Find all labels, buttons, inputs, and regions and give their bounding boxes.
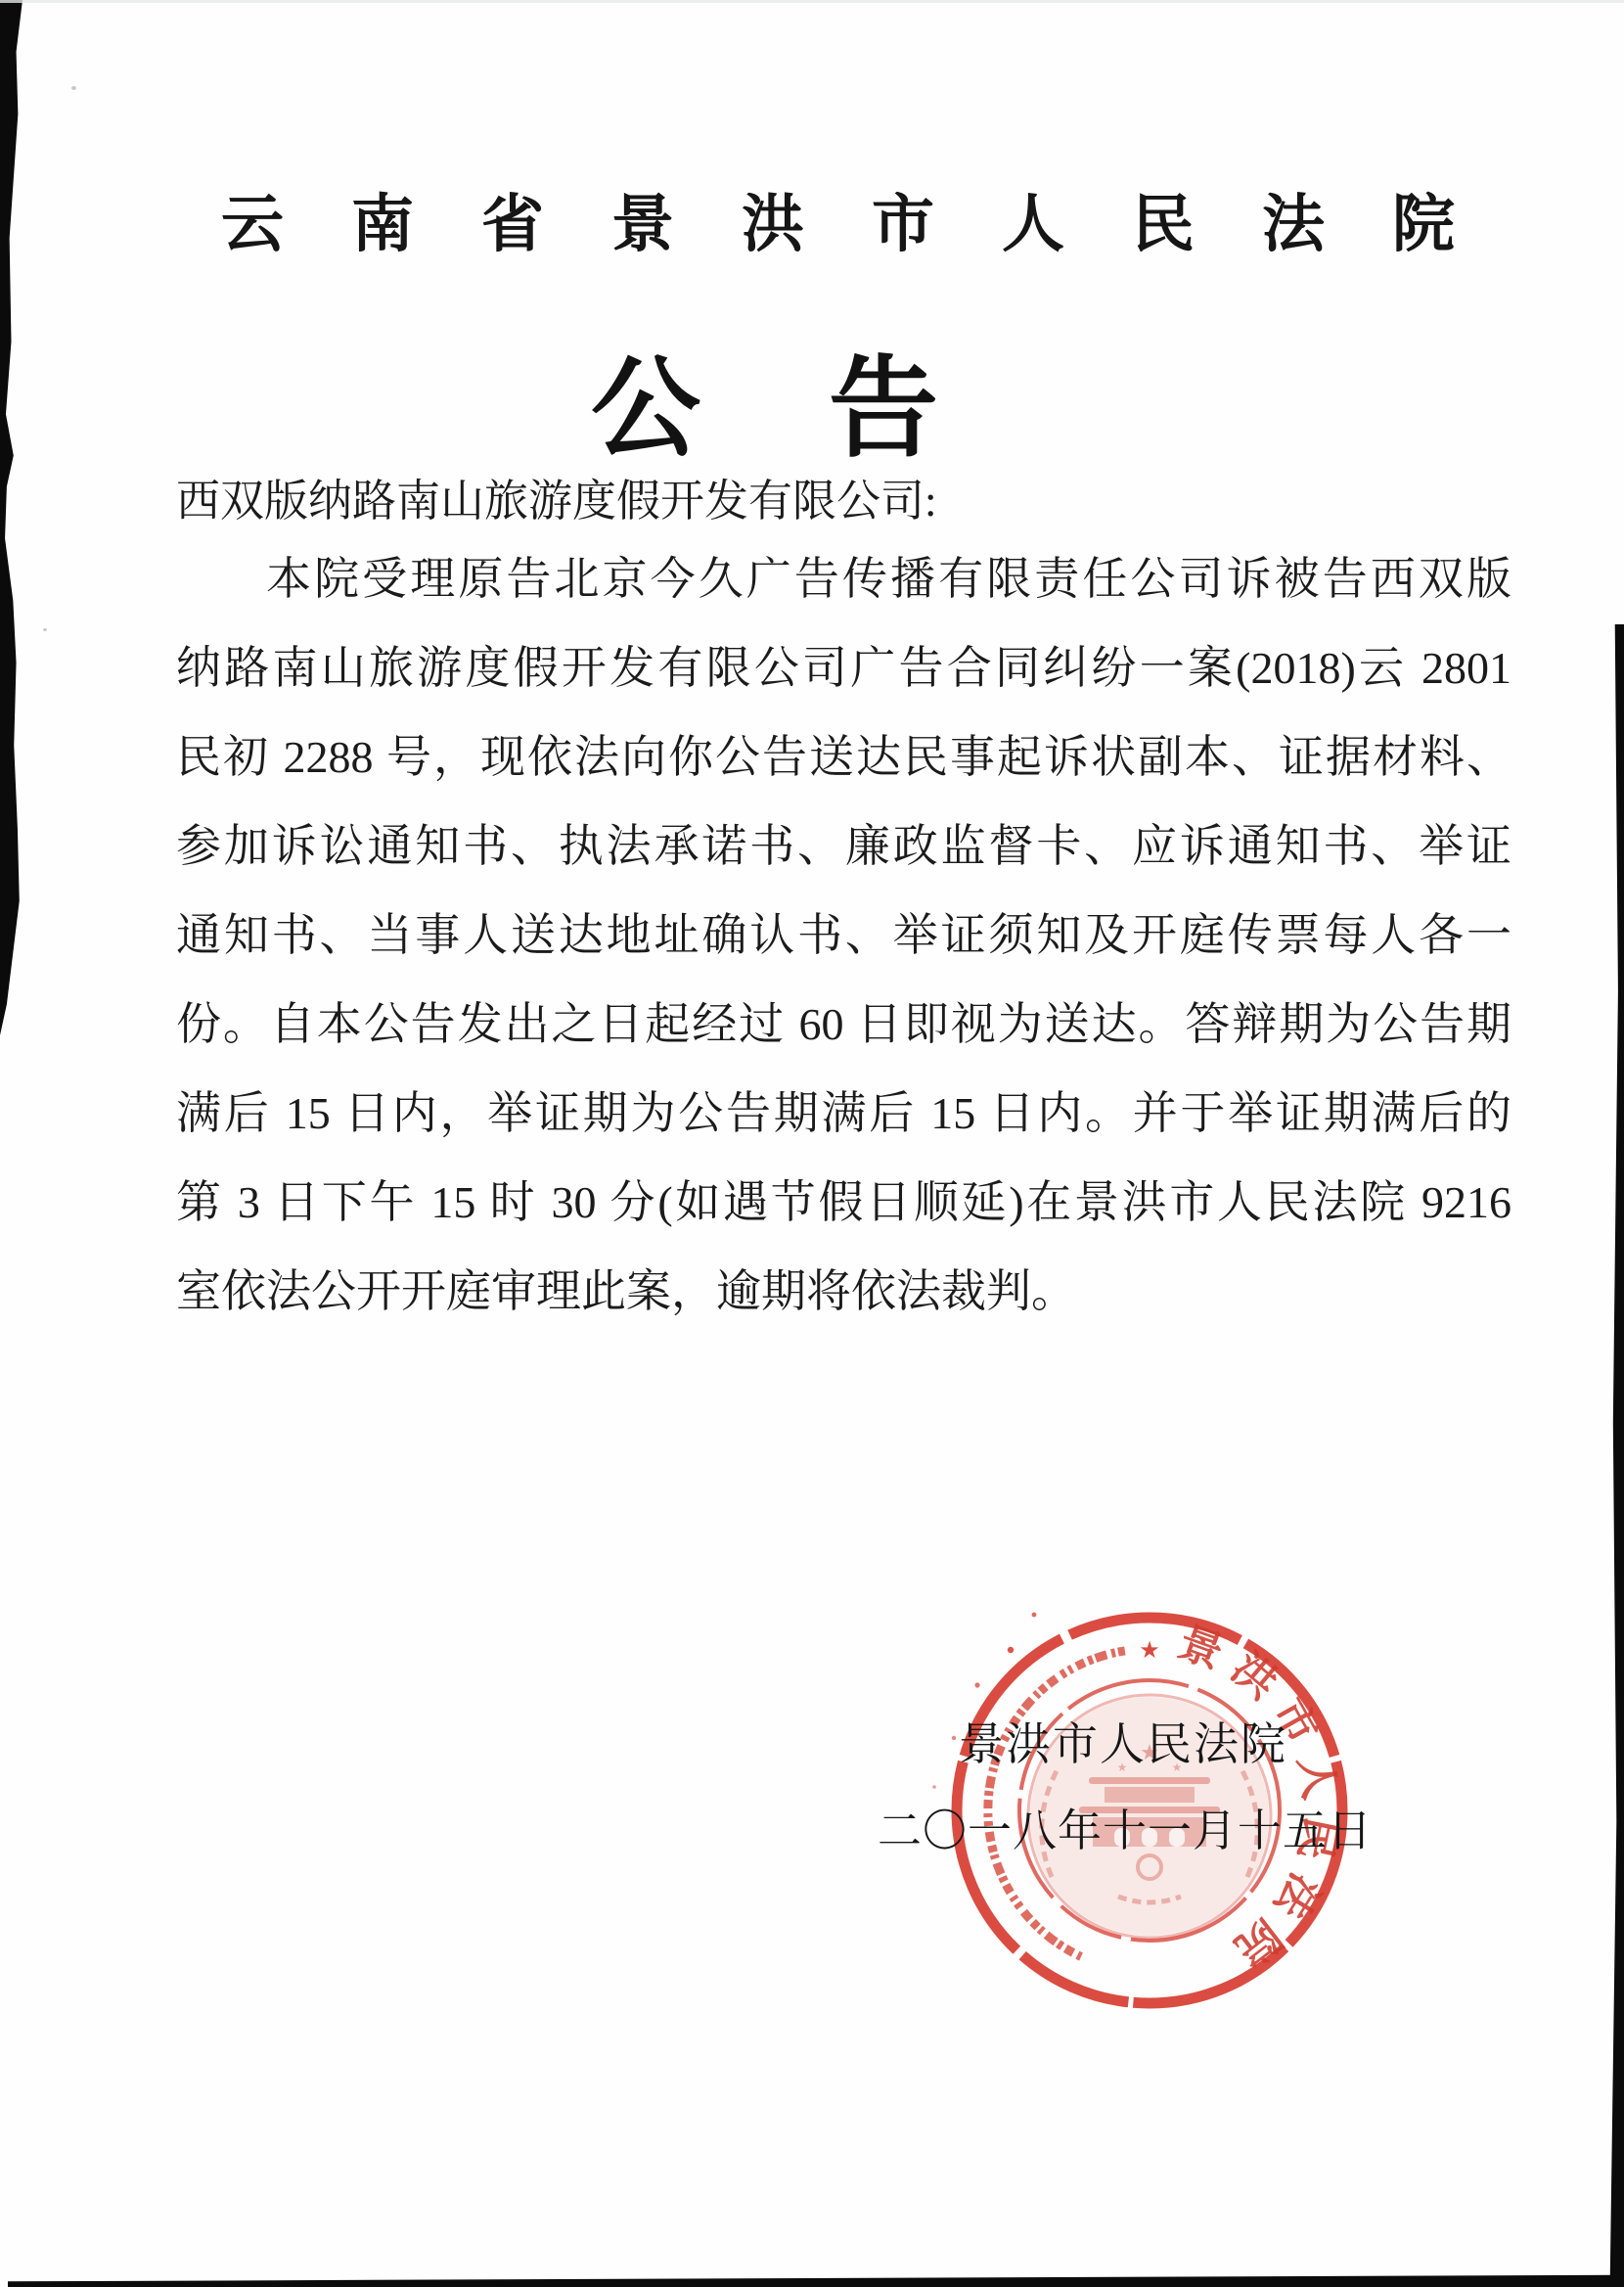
scanned-court-notice-page: 云南省景洪市人民法院 公告 西双版纳路南山旅游度假开发有限公司: 本院受理原告北… (0, 0, 1624, 2287)
body-line: 民初 2288 号，现依法向你公告送达民事起诉状副本、证据材料、 (176, 732, 1511, 783)
body-line: 参加诉讼通知书、执法承诺书、廉政监督卡、应诉通知书、举证 (176, 821, 1511, 872)
scan-edge-top (0, 0, 1624, 3)
body-line: 室依法公开开庭审理此案，逾期将依法裁判。 (176, 1266, 1076, 1317)
body-line: 份。自本公告发出之日起经过 60 日即视为送达。答辩期为公告期 (176, 999, 1511, 1050)
notice-title: 公告 (591, 321, 1066, 479)
body-line: 通知书、当事人送达地址确认书、举证须知及开庭传票每人各一 (176, 910, 1511, 961)
signature-court-name: 景洪市人民法院 (959, 1709, 1287, 1773)
scan-speck (71, 86, 76, 90)
signature-date: 二〇一八年十一月十五日 (878, 1795, 1373, 1858)
addressee-line: 西双版纳路南山旅游度假开发有限公司: (176, 465, 937, 528)
court-title: 云南省景洪市人民法院 (221, 174, 1522, 264)
body-line: 第 3 日下午 15 时 30 分(如遇节假日顺延)在景洪市人民法院 9216 (176, 1177, 1511, 1228)
seal-star-icon: ★ (1139, 1638, 1160, 1664)
scan-edge-right (1608, 624, 1624, 2287)
body-line: 纳路南山旅游度假开发有限公司广告合同纠纷一案(2018)云 2801 (176, 643, 1511, 694)
body-line: 本院受理原告北京今久广告传播有限责任公司诉被告西双版 (176, 554, 1511, 605)
scan-speck (43, 628, 47, 631)
scan-edge-left (0, 0, 23, 1035)
scan-edge-bottom (8, 2272, 1624, 2287)
body-line: 满后 15 日内，举证期为公告期满后 15 日内。并于举证期满后的 (176, 1088, 1511, 1139)
